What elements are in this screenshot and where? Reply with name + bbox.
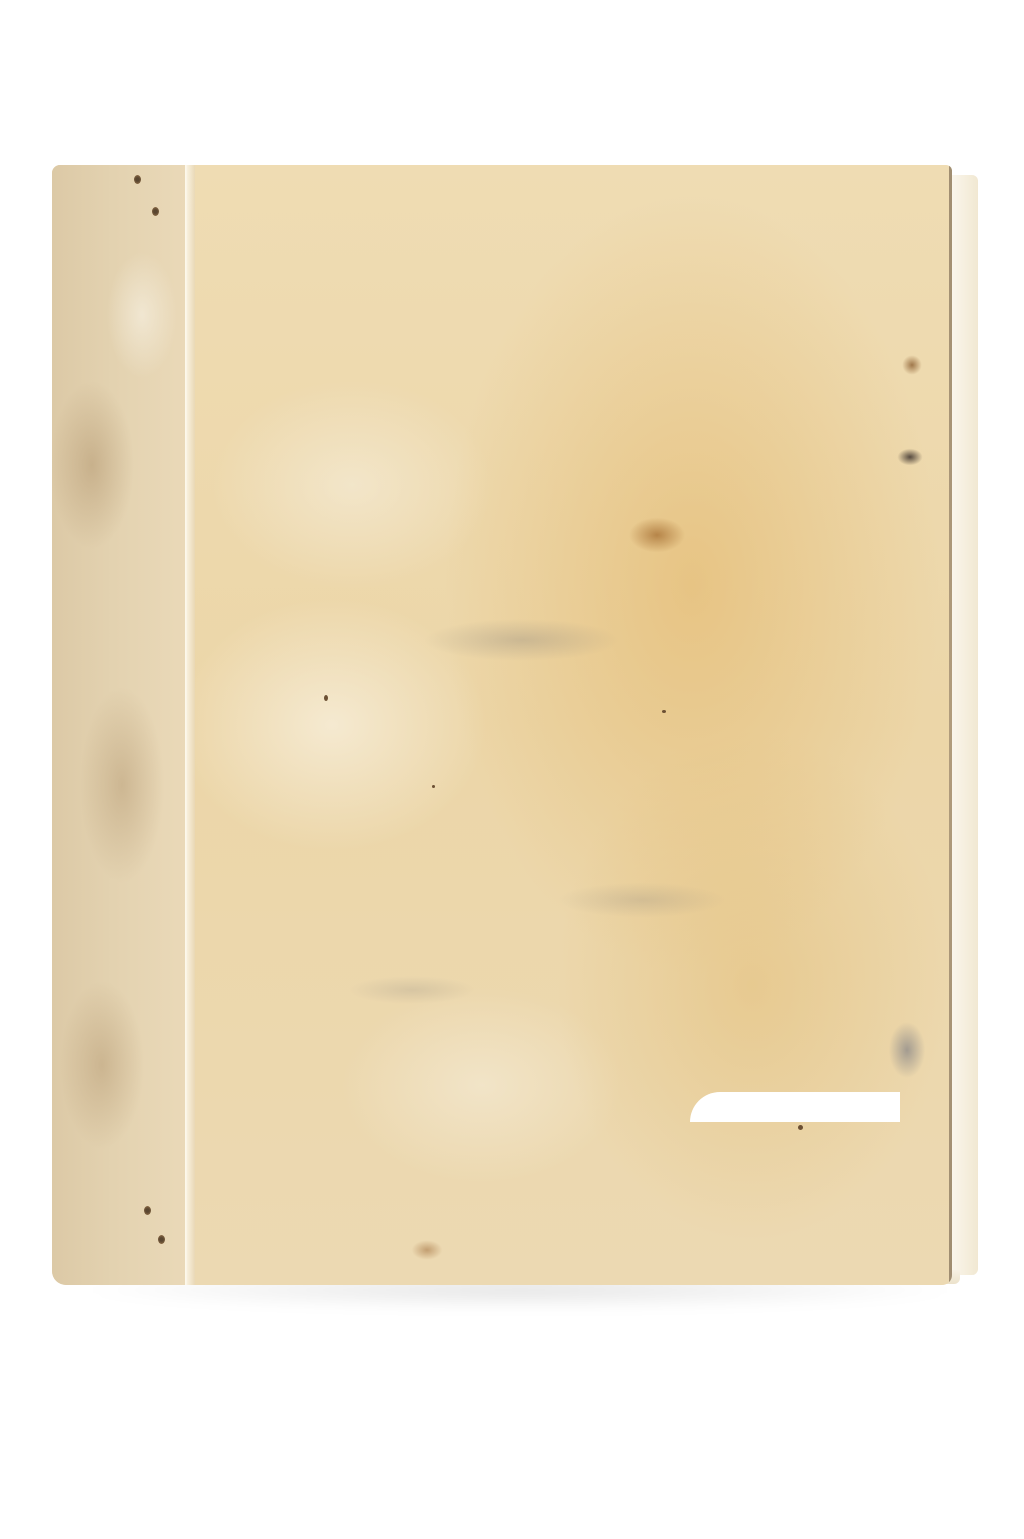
tie-hole-top (134, 175, 141, 184)
stain-speck (324, 695, 328, 701)
stain-speck (662, 710, 666, 713)
tie-hole-bottom (144, 1206, 151, 1215)
tie-hole-bottom-2 (158, 1235, 165, 1244)
stain-speck (432, 785, 435, 788)
spine-hinge (185, 165, 195, 1285)
cover-bottom-tear (690, 1092, 900, 1122)
book-spine (52, 165, 187, 1285)
photo-background (0, 0, 1024, 1539)
stain-speck (798, 1125, 803, 1130)
tie-hole-top-2 (152, 207, 159, 216)
cover-right-edge (949, 165, 952, 1285)
